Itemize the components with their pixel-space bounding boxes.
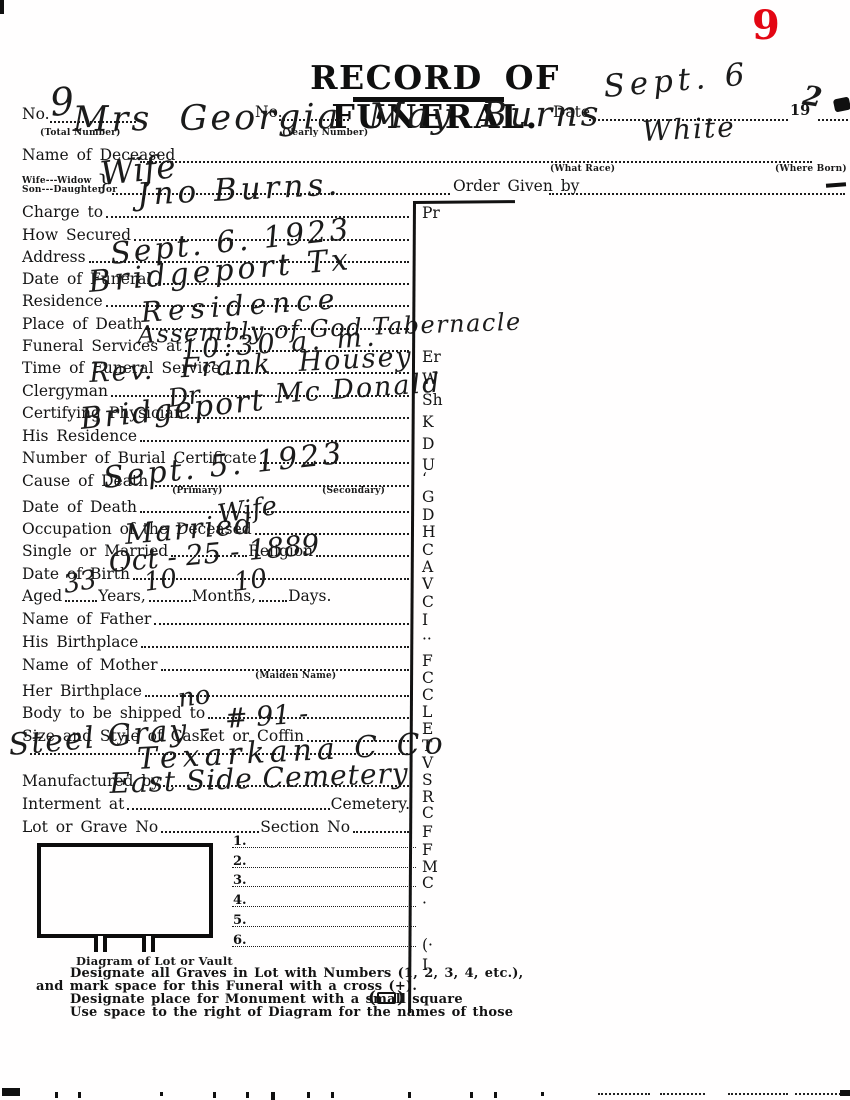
dotted-line <box>353 831 409 833</box>
price-column-fragment: ‘ <box>422 470 427 488</box>
scan-artifact <box>2 1088 20 1096</box>
field-row-his-birthplace: His Birthplace <box>22 632 410 650</box>
field-row-his-residence: His Residence <box>22 426 410 444</box>
secondary-sublabel: (Secondary) <box>322 486 385 496</box>
handwritten-aged-months: 10 <box>142 566 178 596</box>
scan-tick <box>307 1092 310 1098</box>
lot-diagram-rectangle <box>37 843 213 938</box>
price-column-fragment: G <box>422 488 434 506</box>
field-row-body-shipped-to: Body to be shipped to <box>22 703 410 721</box>
her-birthplace-label: Her Birthplace <box>22 683 142 699</box>
price-column-fragment: A <box>422 558 433 576</box>
scan-dotted-artifact <box>598 1093 650 1095</box>
name-of-mother-label: Name of Mother <box>22 657 158 673</box>
cemetery-suffix-label: Cemetery. <box>331 796 410 812</box>
price-column-fragment: I <box>422 611 428 629</box>
handwritten-aged-years: 33 <box>61 567 98 598</box>
price-column-fragment: K <box>422 413 434 431</box>
handwritten-body-shipped-to: no <box>176 682 212 712</box>
lot-or-grave-no-label: Lot or Grave No <box>22 819 158 835</box>
price-column-fragment: L <box>422 703 432 721</box>
place-of-death-label: Place of Death <box>22 316 142 332</box>
price-column-fragment: D <box>422 435 434 453</box>
price-column-fragment: (· <box>422 936 433 954</box>
where-born-sublabel: (Where Born) <box>775 164 847 174</box>
scan-tick <box>78 1092 81 1098</box>
scan-artifact <box>840 1090 850 1096</box>
field-row-interment-at: Interment at Cemetery. <box>22 794 410 812</box>
instructions-line-4: Use space to the right of Diagram for th… <box>70 1005 513 1020</box>
scan-tick <box>494 1092 497 1098</box>
days-label: Days. <box>288 588 331 604</box>
handwritten-year-digit: 2 <box>801 82 824 112</box>
dotted-line <box>127 808 329 810</box>
no-total-label: No. <box>22 106 50 122</box>
grave-line <box>232 886 416 887</box>
handwritten-race: White <box>642 113 737 146</box>
price-column-fragment: T <box>422 737 432 755</box>
price-column-header-fragment: Pr <box>422 204 440 222</box>
field-row-name-of-mother: Name of Mother <box>22 655 410 673</box>
price-column-fragment: W <box>422 370 438 388</box>
price-column-fragment: ·· <box>422 630 432 648</box>
grave-line <box>232 946 416 947</box>
handwritten-casket-number: # 91 - <box>224 700 309 733</box>
price-column-fragment: F <box>422 841 433 859</box>
price-column-fragment: V <box>422 754 433 772</box>
charge-to-label: Charge to <box>22 204 103 220</box>
price-column-fragment: C <box>422 686 434 704</box>
section-no-label: Section No <box>260 819 350 835</box>
grave-line <box>232 906 416 907</box>
price-column-fragment: C <box>422 874 434 892</box>
scan-tick <box>55 1092 58 1098</box>
address-label: Address <box>22 249 86 265</box>
lot-diagram-leg <box>94 936 107 952</box>
price-column-fragment: C <box>422 541 434 559</box>
his-birthplace-label: His Birthplace <box>22 634 138 650</box>
scan-tick <box>331 1092 334 1098</box>
dotted-line <box>259 600 287 602</box>
dotted-line <box>154 623 409 625</box>
maiden-name-sublabel: (Maiden Name) <box>255 671 336 681</box>
grave-line <box>232 867 416 868</box>
price-column-fragment: · <box>422 894 427 912</box>
handwritten-name-of-deceased: Mrs Georgia May Burns <box>73 97 602 138</box>
scan-tick <box>271 1092 275 1100</box>
scan-dotted-artifact <box>660 1093 705 1095</box>
handwritten-interment-at: East Side Cemetery <box>109 760 409 798</box>
price-column-fragment: D <box>422 506 434 524</box>
order-given-by-line <box>549 175 845 195</box>
name-line <box>140 143 812 163</box>
name-of-father-label: Name of Father <box>22 611 151 627</box>
scan-tick <box>470 1092 473 1098</box>
field-row-her-birthplace: Her Birthplace <box>22 681 410 699</box>
aged-label: Aged <box>22 588 62 604</box>
dotted-line <box>149 600 191 602</box>
field-row-name-of-father: Name of Father <box>22 609 410 627</box>
price-column-fragment: H <box>422 523 436 541</box>
scan-dotted-artifact <box>795 1093 845 1095</box>
scan-tick <box>160 1092 163 1096</box>
handwritten-aged-days: 10 <box>232 566 268 596</box>
price-column-fragment: F <box>422 823 433 841</box>
price-column-fragment: S <box>422 771 433 789</box>
dotted-line <box>140 440 409 442</box>
lot-diagram-leg <box>142 936 155 952</box>
years-label: Years, <box>98 588 146 604</box>
scan-tick <box>541 1092 544 1096</box>
dotted-line <box>65 600 97 602</box>
dotted-line <box>141 646 409 648</box>
scan-dotted-artifact <box>728 1093 788 1095</box>
price-column-fragment: C <box>422 804 434 822</box>
dotted-line <box>316 555 409 557</box>
dotted-line <box>106 216 409 218</box>
price-column-fragment: C <box>422 593 434 611</box>
scan-tick <box>408 1092 411 1098</box>
scan-tick <box>213 1092 216 1098</box>
page-number: 9 <box>752 2 780 49</box>
scan-speck <box>0 0 4 14</box>
price-column-fragment: Er <box>422 348 441 366</box>
price-column-fragment: Sh <box>422 391 443 409</box>
field-row-lot-section: Lot or Grave No Section No <box>22 817 410 835</box>
scanned-funeral-record: 9 RECORD OF FUNERAL. No. (Total Number) … <box>0 0 850 1100</box>
scan-tick <box>246 1092 249 1098</box>
price-column-fragment: C <box>422 669 434 687</box>
price-column-fragment: F <box>422 652 433 670</box>
date-of-death-label: Date of Death <box>22 499 137 515</box>
what-race-sublabel: (What Race) <box>550 164 615 174</box>
grave-line <box>232 847 416 848</box>
price-column-fragment: E <box>422 720 433 738</box>
dotted-line <box>161 831 259 833</box>
grave-line <box>232 926 416 927</box>
price-column-fragment: V <box>422 575 433 593</box>
